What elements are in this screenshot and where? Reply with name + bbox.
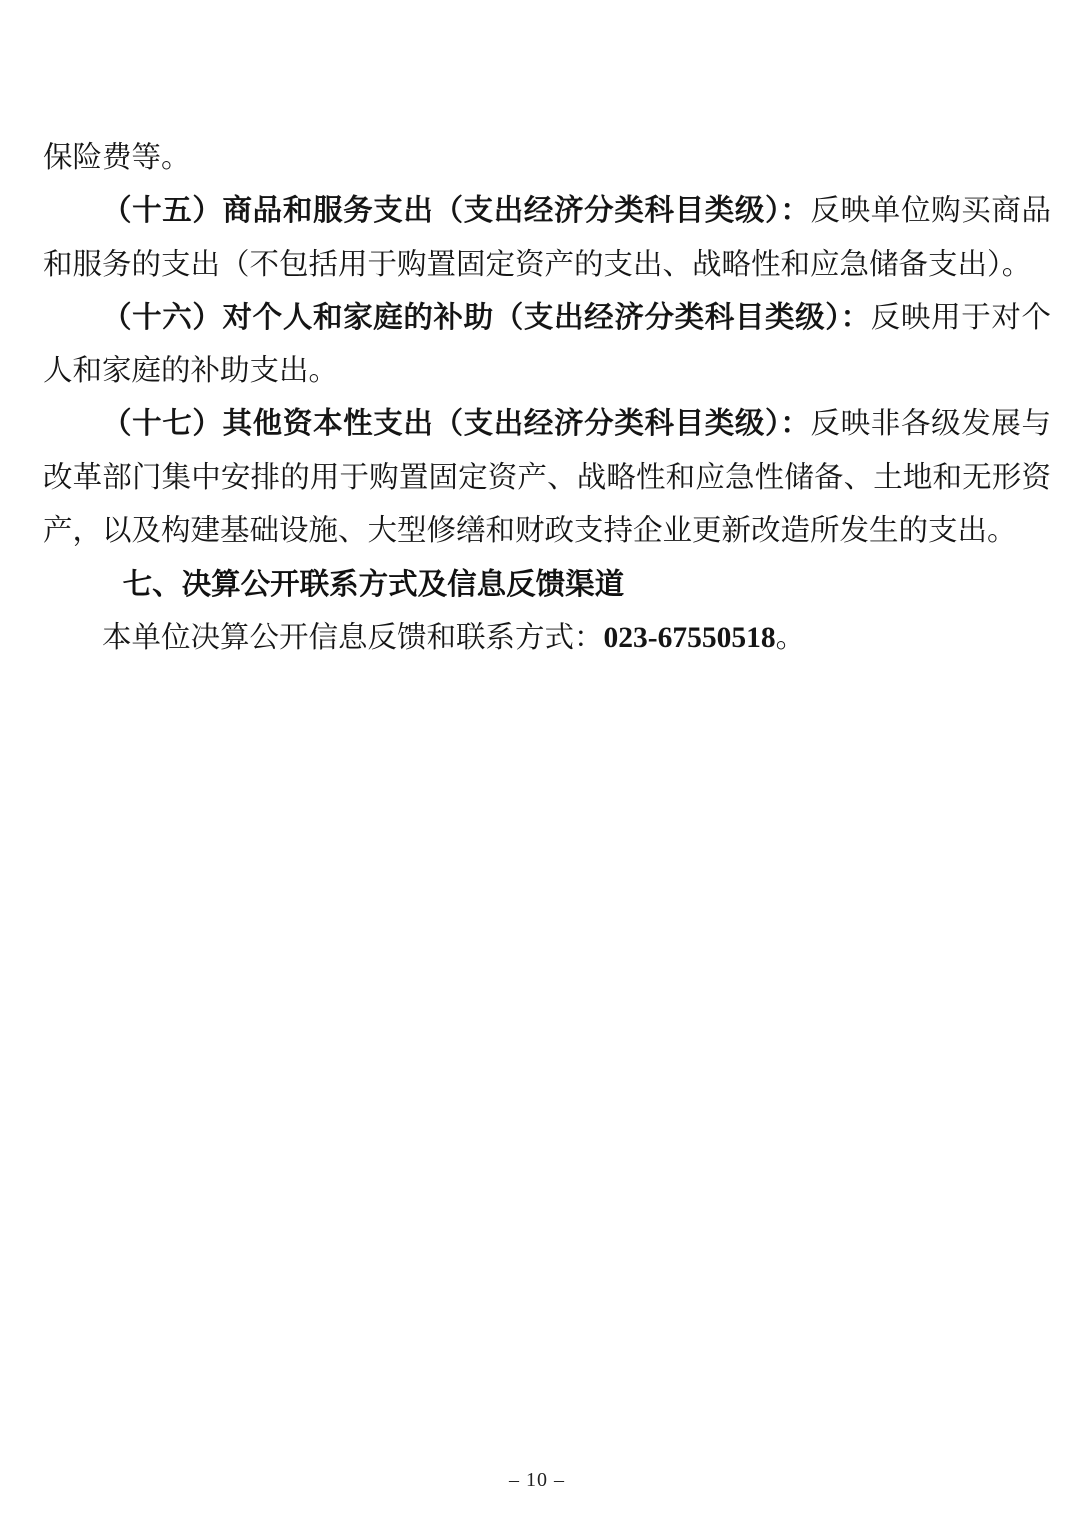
section-heading: 七、决算公开联系方式及信息反馈渠道 (43, 558, 1051, 611)
contact-text: 本单位决算公开信息反馈和联系方式： (102, 622, 604, 654)
paragraph-lead: （十六）对个人和家庭的补助（支出经济分类科目类级）： (102, 302, 871, 334)
paragraph-lead: （十五）商品和服务支出（支出经济分类科目类级）： (102, 195, 811, 227)
page-number-label: – 10 – (509, 1469, 565, 1491)
paragraph-continuation: 保险费等。 (43, 132, 1051, 185)
paragraph-item-15: （十五）商品和服务支出（支出经济分类科目类级）：反映单位购买商品和服务的支出（不… (43, 185, 1051, 292)
page-number: – 10 – (0, 1468, 1074, 1492)
paragraph-item-16: （十六）对个人和家庭的补助（支出经济分类科目类级）：反映用于对个人和家庭的补助支… (43, 292, 1051, 399)
contact-phone-number: 023-67550518 (604, 622, 776, 654)
paragraph-lead: （十七）其他资本性支出（支出经济分类科目类级）： (102, 408, 811, 440)
paragraph-item-17: （十七）其他资本性支出（支出经济分类科目类级）：反映非各级发展与改革部门集中安排… (43, 398, 1051, 558)
document-page: 保险费等。 （十五）商品和服务支出（支出经济分类科目类级）：反映单位购买商品和服… (0, 0, 1074, 1520)
paragraph-contact: 本单位决算公开信息反馈和联系方式：023-67550518。 (43, 612, 1051, 665)
page-content: 保险费等。 （十五）商品和服务支出（支出经济分类科目类级）：反映单位购买商品和服… (43, 132, 1051, 665)
contact-text-suffix: 。 (776, 622, 806, 654)
paragraph-body: 保险费等。 (43, 142, 191, 174)
